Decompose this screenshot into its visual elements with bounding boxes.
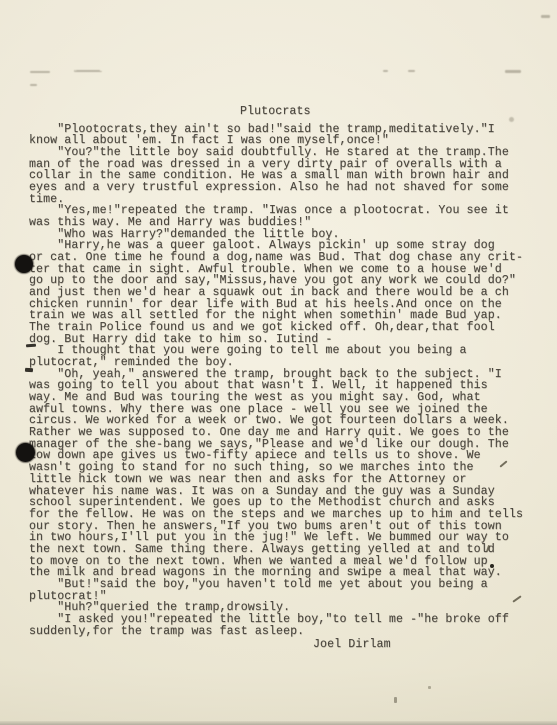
- erased-smudge-2: [74, 70, 102, 72]
- erased-smudge-3: [383, 70, 388, 72]
- typewritten-page: Plutocrats "Plootocrats,they ain't so ba…: [0, 0, 557, 725]
- document-title: Plutocrats: [29, 106, 553, 118]
- bottom-speck-2: [428, 686, 431, 689]
- bottom-speck-1: [394, 697, 397, 703]
- page-bottom-edge: [0, 721, 557, 725]
- erased-smudge-1: [30, 71, 50, 73]
- erased-smudge-4: [408, 70, 415, 72]
- corner-smudge: [541, 15, 550, 18]
- document-body: "Plootocrats,they ain't so bad!"said the…: [29, 124, 553, 638]
- erased-smudge-5: [505, 70, 521, 73]
- erased-smudge-6: [30, 84, 37, 86]
- author-signature: Joel Dirlam: [313, 639, 553, 651]
- typed-text-block: Plutocrats "Plootocrats,they ain't so ba…: [29, 106, 553, 651]
